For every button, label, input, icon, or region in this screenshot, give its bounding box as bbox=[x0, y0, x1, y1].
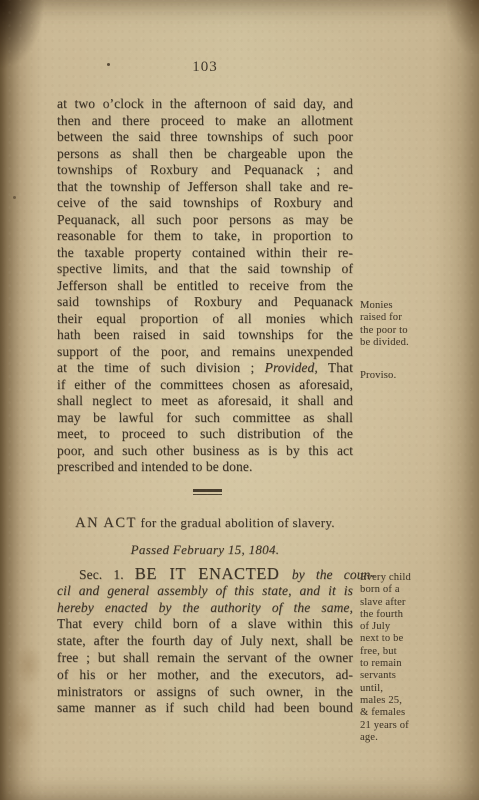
scanned-book-page: 103 at two o’clock in the afternoon of s… bbox=[0, 0, 479, 800]
paragraph-townships-poor-division: at two o’clock in the afternoon of said … bbox=[57, 96, 353, 476]
act-title-rest: for the gradual abolition of slavery. bbox=[137, 515, 335, 530]
paragraph-section-1: Sec. 1. BE IT ENACTED by the coun-cil an… bbox=[57, 566, 353, 717]
act-title: AN ACT for the gradual abolition of slav… bbox=[57, 515, 353, 532]
margin-note-monies: Moniesraised forthe poor tobe divided. bbox=[360, 300, 468, 349]
smudge-bottom-left bbox=[0, 620, 52, 770]
margin-note-proviso: Proviso. bbox=[360, 370, 468, 382]
margin-note-every-child: Every childborn of aslave afterthe fourt… bbox=[360, 572, 468, 744]
page-number: 103 bbox=[57, 59, 353, 76]
ink-speck bbox=[13, 196, 16, 199]
section-separator-rule bbox=[193, 489, 222, 495]
corner-stain-top-right bbox=[447, 0, 479, 54]
act-title-caps: AN ACT bbox=[75, 515, 137, 531]
corner-stain-top-left bbox=[0, 0, 44, 68]
act-passed-date: Passed February 15, 1804. bbox=[57, 542, 353, 558]
